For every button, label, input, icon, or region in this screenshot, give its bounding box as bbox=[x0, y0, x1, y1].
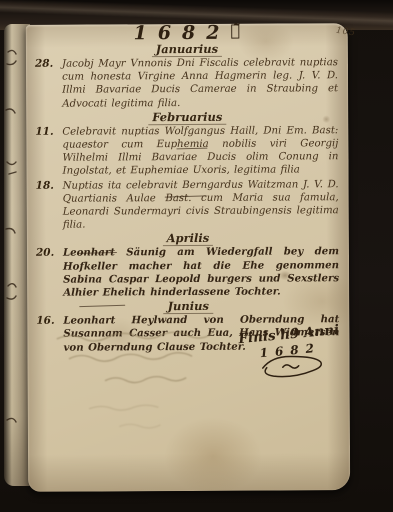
register-entry: 20. Leonhart Säunig am Wiedergfall bey d… bbox=[63, 246, 339, 300]
manuscript-photo: 105 1682⸻̃ Januarius 28. Jacobj Mayr Vnn… bbox=[0, 0, 393, 512]
month-header-februarius: Februarius bbox=[26, 110, 348, 125]
entries-column: Januarius 28. Jacobj Mayr Vnnonis Dni Fi… bbox=[26, 42, 350, 356]
entry-day-number: 11. bbox=[35, 126, 53, 138]
register-entry: 11. Celebravit nuptias Wolfgangus Haill,… bbox=[62, 124, 338, 178]
register-entry: 18. Nuptias ita celebravit Berngardus Wa… bbox=[63, 178, 339, 232]
entry-day-number: 18. bbox=[36, 179, 54, 191]
month-header-junius: Junius bbox=[27, 299, 349, 314]
bleed-through-marks bbox=[39, 323, 340, 435]
entry-day-number: 20. bbox=[36, 247, 54, 259]
month-header-aprilis: Aprilis bbox=[27, 232, 349, 247]
entry-day-number: 28. bbox=[35, 58, 53, 70]
entry-text: Leonhart Säunig am Wiedergfall bey dem H… bbox=[63, 246, 339, 300]
entry-text: Celebravit nuptias Wolfgangus Haill, Dni… bbox=[62, 124, 338, 178]
year-flourish-icon: ⸻̃ bbox=[230, 21, 240, 40]
entry-text: Nuptias ita celebravit Berngardus Waitzm… bbox=[63, 178, 339, 232]
month-header-januarius: Januarius bbox=[26, 42, 348, 57]
register-page: 105 1682⸻̃ Januarius 28. Jacobj Mayr Vnn… bbox=[26, 23, 350, 492]
register-entry: 28. Jacobj Mayr Vnnonis Dni Fiscalis cel… bbox=[62, 56, 338, 110]
entry-text: Jacobj Mayr Vnnonis Dni Fiscalis celebra… bbox=[62, 56, 338, 110]
